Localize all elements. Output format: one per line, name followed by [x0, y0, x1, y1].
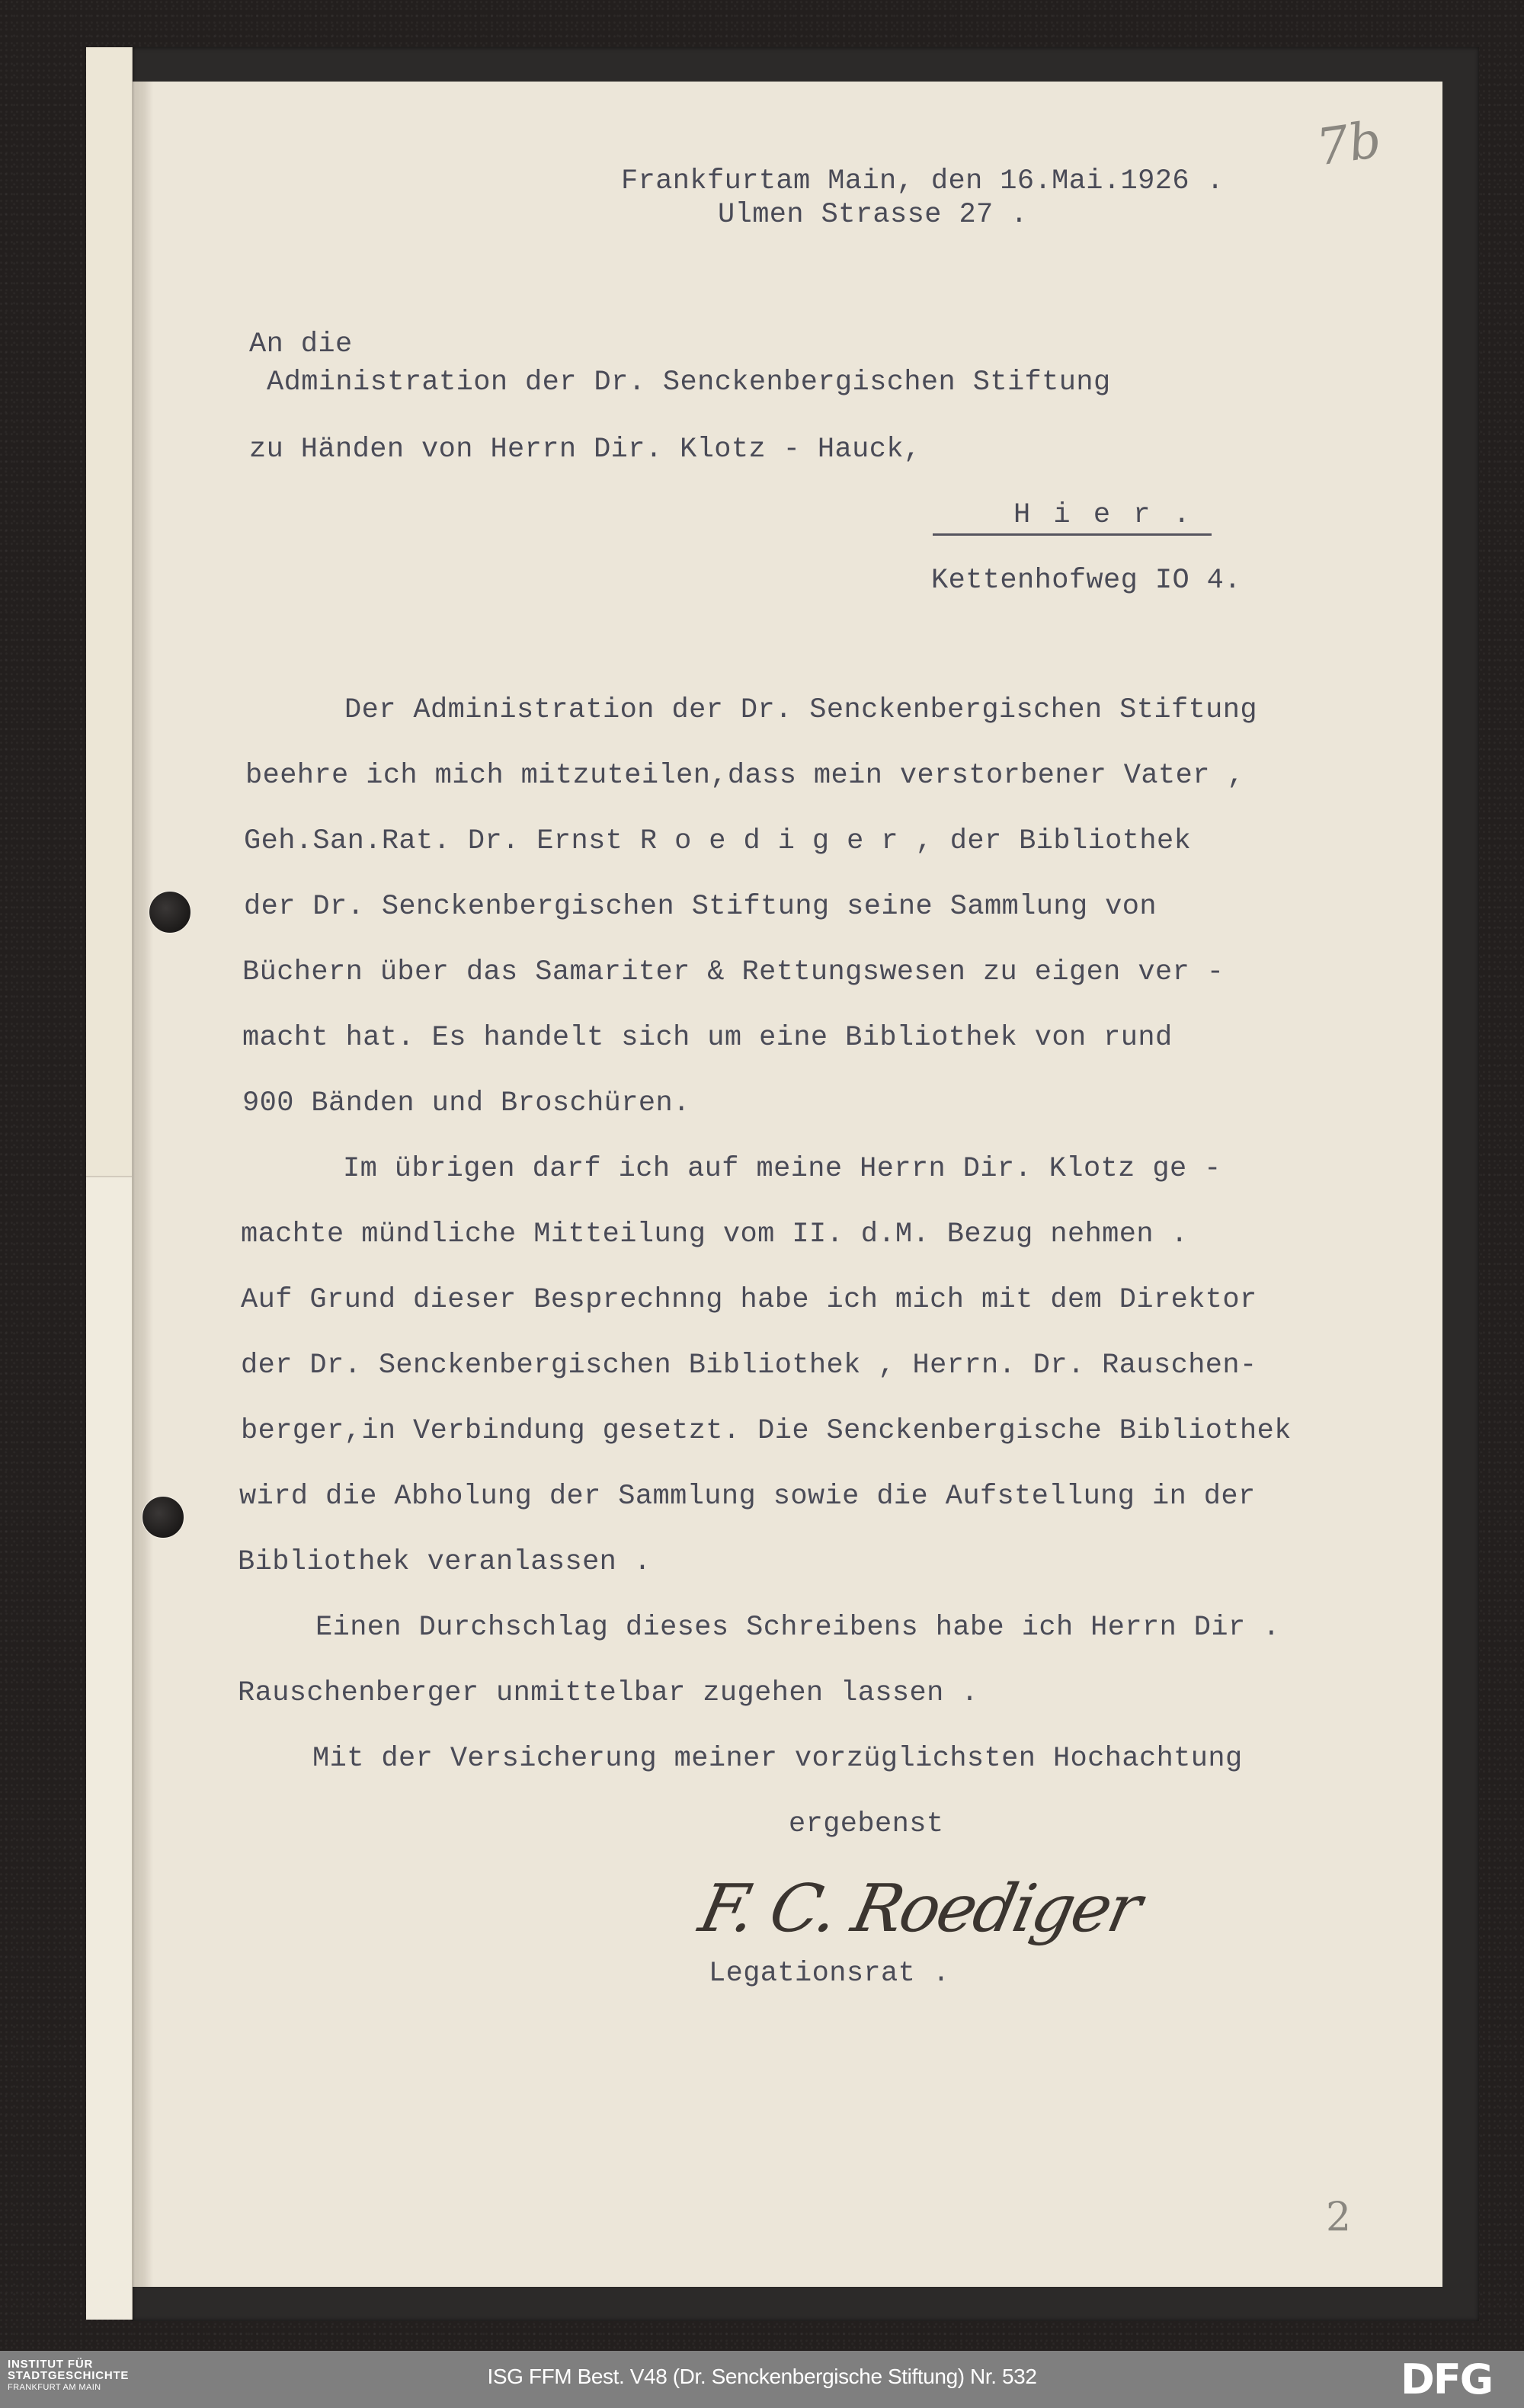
recipient-street: Kettenhofweg IO 4.: [931, 565, 1241, 596]
body-line: 900 Bänden und Broschüren.: [242, 1088, 690, 1119]
sender-address-line: Ulmen Strasse 27 .: [718, 200, 1028, 230]
archive-footer-bar: INSTITUT FÜR STADTGESCHICHTE FRANKFURT A…: [0, 2351, 1524, 2408]
body-line: Auf Grund dieser Besprechnng habe ich mi…: [241, 1285, 1257, 1315]
body-line: Der Administration der Dr. Senckenbergis…: [344, 695, 1257, 725]
body-line: Bibliothek veranlassen .: [238, 1547, 652, 1577]
signer-title: Legationsrat .: [709, 1958, 949, 1989]
punch-hole-lower: [142, 1496, 184, 1539]
body-line: Rauschenberger unmittelbar zugehen lasse…: [238, 1678, 978, 1708]
page-number-mark: 2: [1326, 2195, 1351, 2240]
archive-signature-caption: ISG FFM Best. V48 (Dr. Senckenbergische …: [0, 2365, 1524, 2389]
folio-mark: 7b: [1313, 110, 1385, 178]
body-line: wird die Abholung der Sammlung sowie die…: [239, 1481, 1256, 1512]
dfg-logo: DFG: [1401, 2360, 1492, 2400]
body-line: der Dr. Senckenbergischen Bibliothek , H…: [241, 1350, 1257, 1381]
valediction: ergebenst: [789, 1809, 943, 1840]
binding-shadow: [132, 82, 153, 2287]
recipient-line-3: zu Händen von Herrn Dir. Klotz - Hauck,: [249, 434, 921, 465]
city-underline: [933, 533, 1212, 536]
body-line: berger,in Verbindung gesetzt. Die Sencke…: [241, 1416, 1292, 1446]
body-line: Büchern über das Samariter & Rettungswes…: [242, 957, 1224, 988]
recipient-city: H i e r .: [1013, 500, 1193, 530]
body-line: macht hat. Es handelt sich um eine Bibli…: [242, 1023, 1173, 1053]
binding-seam: [86, 1176, 132, 1177]
body-line: der Dr. Senckenbergischen Stiftung seine…: [244, 892, 1157, 922]
punch-hole-upper: [149, 891, 191, 933]
body-line: beehre ich mich mitzuteilen,dass mein ve…: [245, 761, 1244, 791]
place-date-line: Frankfurtam Main, den 16.Mai.1926 .: [621, 166, 1224, 197]
body-line: machte mündliche Mitteilung vom II. d.M.…: [241, 1219, 1188, 1250]
recipient-line-2: Administration der Dr. Senckenbergischen…: [267, 367, 1111, 398]
body-line: Einen Durchschlag dieses Schreibens habe…: [315, 1612, 1280, 1643]
body-line: Im übrigen darf ich auf meine Herrn Dir.…: [343, 1154, 1221, 1184]
body-line: Geh.San.Rat. Dr. Ernst R o e d i g e r ,…: [244, 826, 1191, 857]
body-line: Mit der Versicherung meiner vorzüglichst…: [312, 1744, 1243, 1774]
recipient-line-1: An die: [249, 329, 353, 360]
handwritten-signature: F. C. Roediger: [693, 1871, 1146, 1947]
binding-strip-lower: [86, 1177, 132, 2320]
